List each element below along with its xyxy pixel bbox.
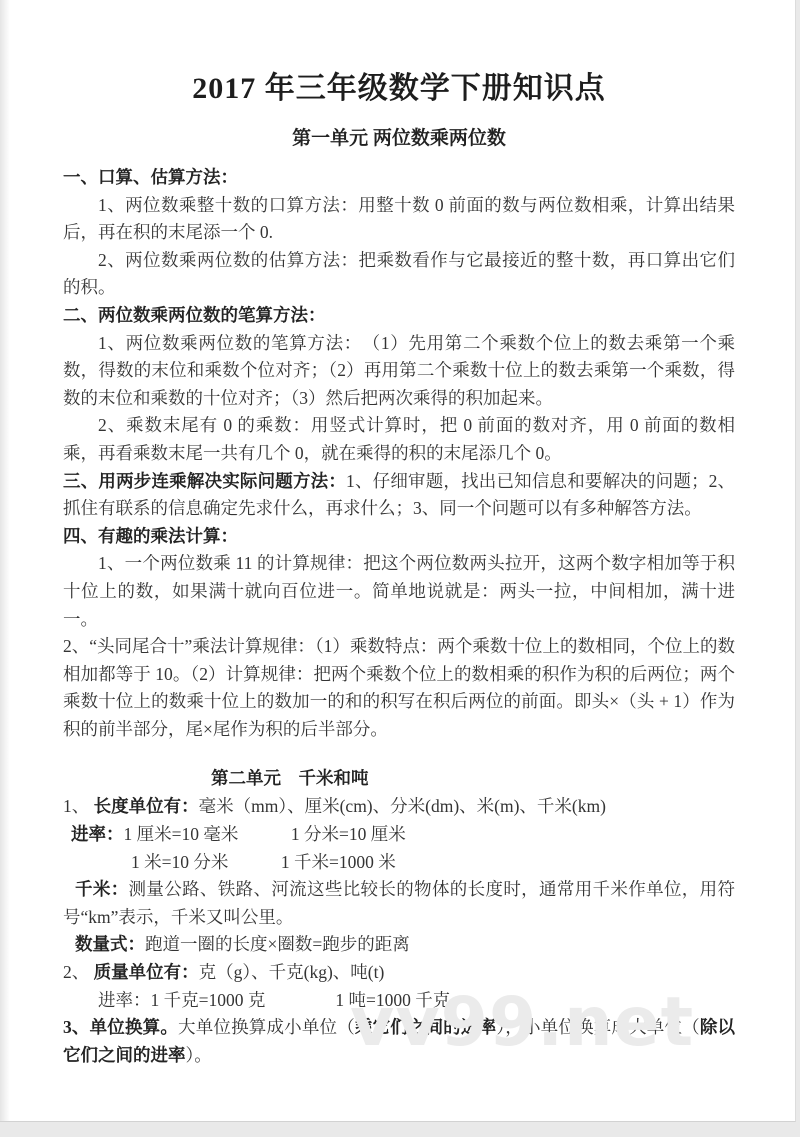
para-length-units: 1、 长度单位有：毫米（mm）、厘米(cm)、分米(dm)、米(m)、千米(km… <box>63 793 735 821</box>
para-kilometer: 千米：测量公路、铁路、河流这些比较长的物体的长度时，通常用千米作单位，用符号“k… <box>63 876 735 931</box>
unit1-body: 一、口算、估算方法：1、两位数乘整十数的口算方法：用整十数 0 前面的数与两位数… <box>63 164 735 743</box>
section-heading-2: 二、两位数乘两位数的笔算方法： <box>63 302 735 330</box>
para-4-1: 1、一个两位数乘 11 的计算规律：把这个两位数两头拉开，这两个数字相加等于积十… <box>63 550 735 633</box>
para-length-rates-2: 1 米=10 分米 1 千米=1000 米 <box>63 849 735 877</box>
document-page: 2017 年三年级数学下册知识点 第一单元 两位数乘两位数 一、口算、估算方法：… <box>0 0 796 1122</box>
section-heading-4: 四、有趣的乘法计算： <box>63 523 735 551</box>
para-3: 三、用两步连乘解决实际问题方法：1、仔细审题，找出已知信息和要解决的问题；2、抓… <box>63 468 735 523</box>
watermark-text: vv99.net <box>350 983 694 1062</box>
para-2-2: 2、乘数末尾有 0 的乘数：用竖式计算时，把 0 前面的数对齐，用 0 前面的数… <box>63 412 735 467</box>
para-length-rates-1: 进率：1 厘米=10 毫米 1 分米=10 厘米 <box>63 821 735 849</box>
para-2-1: 1、两位数乘两位数的笔算方法： （1）先用第二个乘数个位上的数去乘第一个乘数，得… <box>63 330 735 413</box>
para-1-2: 2、两位数乘两位数的估算方法：把乘数看作与它最接近的整十数，再口算出它们的积。 <box>63 247 735 302</box>
unit1-heading: 第一单元 两位数乘两位数 <box>63 123 735 150</box>
page-title: 2017 年三年级数学下册知识点 <box>63 70 735 108</box>
section-heading-1: 一、口算、估算方法： <box>63 164 735 192</box>
unit2-heading: 第二单元 千米和吨 <box>211 765 735 790</box>
para-1-1: 1、两位数乘整十数的口算方法：用整十数 0 前面的数与两位数相乘，计算出结果后，… <box>63 192 735 247</box>
para-formula: 数量式：跑道一圈的长度×圈数=跑步的距离 <box>63 931 735 959</box>
para-4-2: 2、“头同尾合十”乘法计算规律：（1）乘数特点：两个乘数十位上的数相同，个位上的… <box>63 633 735 743</box>
